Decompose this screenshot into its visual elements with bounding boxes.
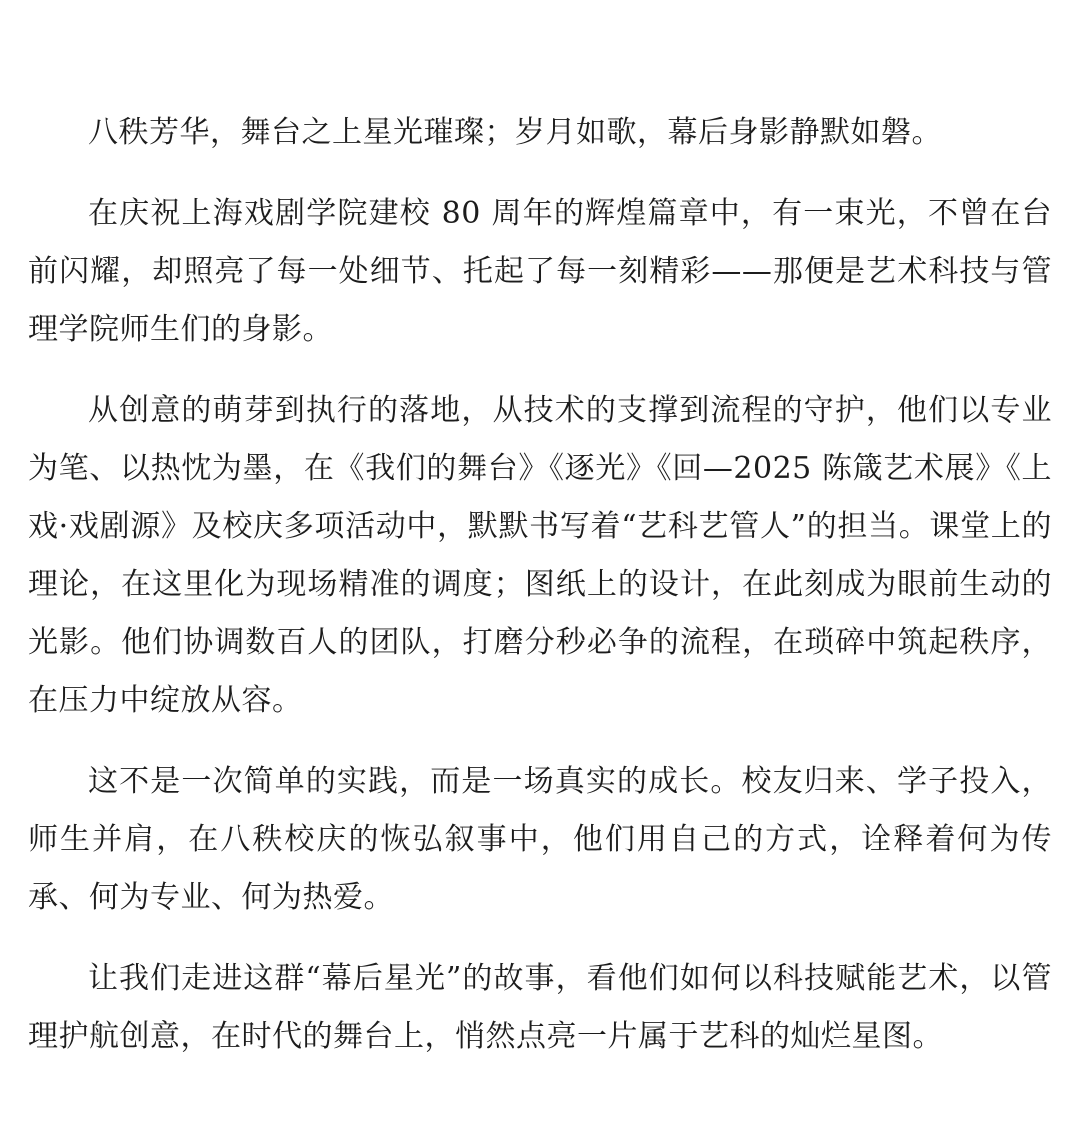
document-page: 八秩芳华，舞台之上星光璀璨；岁月如歌，幕后身影静默如磐。 在庆祝上海戏剧学院建校… — [0, 0, 1080, 1133]
paragraph-opening-verse: 八秩芳华，舞台之上星光璀璨；岁月如歌，幕后身影静默如磐。 — [28, 104, 1052, 162]
paragraph-events-and-duty: 从创意的萌芽到执行的落地，从技术的支撑到流程的守护，他们以专业为笔、以热忱为墨，… — [28, 382, 1052, 730]
paragraph-closing-invitation: 让我们走进这群“幕后星光”的故事，看他们如何以科技赋能艺术，以管理护航创意，在时… — [28, 950, 1052, 1066]
paragraph-anniversary-intro: 在庆祝上海戏剧学院建校 80 周年的辉煌篇章中，有一束光，不曾在台前闪耀，却照亮… — [28, 185, 1052, 359]
paragraph-growth: 这不是一次简单的实践，而是一场真实的成长。校友归来、学子投入，师生并肩，在八秩校… — [28, 753, 1052, 927]
